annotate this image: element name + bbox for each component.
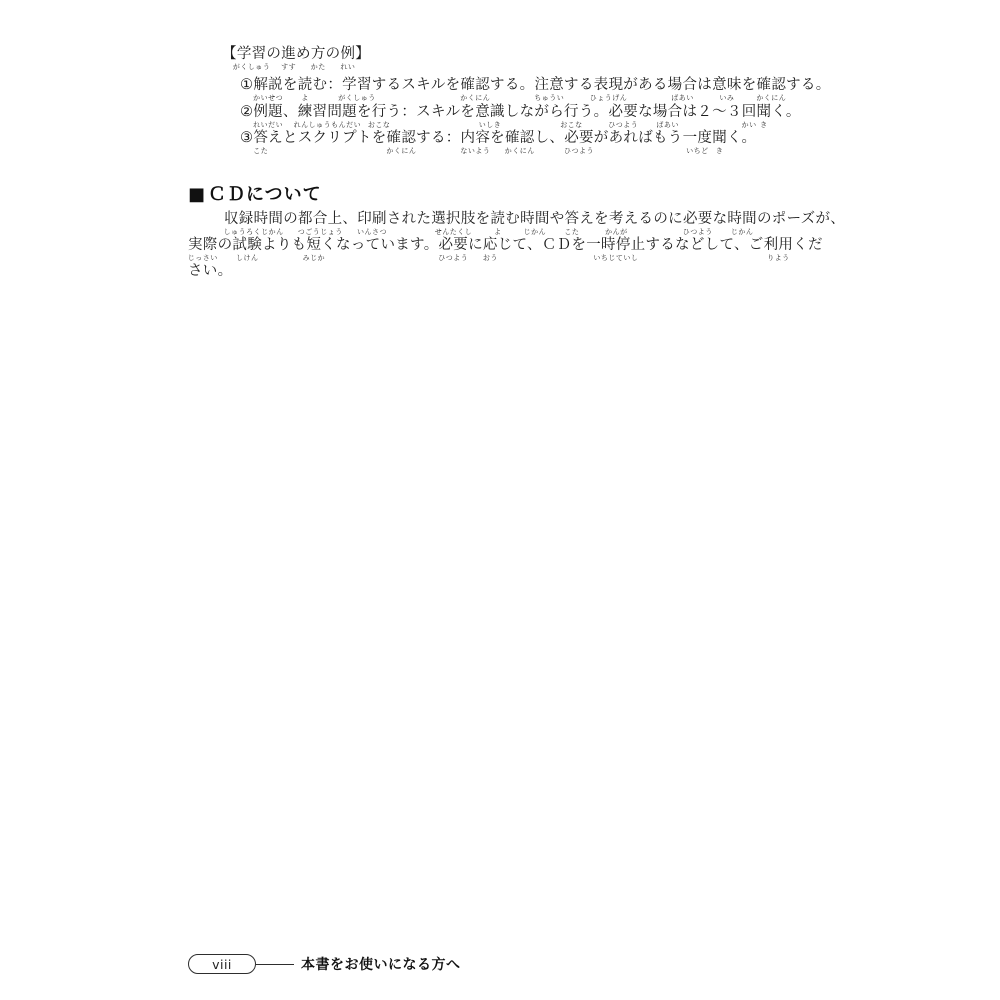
text-segment: ① — [240, 77, 253, 104]
text-segment: 必要ひつよう — [564, 130, 594, 157]
text-segment: 応おう — [483, 237, 498, 264]
furigana: りよう — [767, 254, 790, 263]
text-segment: 学習がくしゅう — [237, 46, 267, 73]
furigana: ひつよう — [438, 254, 468, 263]
text-segment: の — [283, 211, 298, 238]
text-segment: め — [296, 46, 311, 73]
text-segment: くだ — [793, 237, 823, 264]
text-segment: 必要ひつよう — [683, 211, 713, 238]
text-segment: を — [490, 130, 505, 157]
text-segment: がある — [623, 77, 667, 104]
text-segment: を — [476, 211, 491, 238]
text-segment: 場合ばあい — [668, 77, 698, 104]
cd-section-heading: ■ＣＤについて — [188, 180, 322, 206]
furigana: しゅうろくじかん — [224, 228, 284, 237]
text-segment: があればもう — [594, 130, 683, 157]
furigana: よ — [301, 94, 309, 103]
furigana: れい — [340, 63, 355, 72]
square-bullet-icon: ■ — [188, 184, 206, 205]
text-segment: 聞き — [757, 104, 772, 131]
text-segment: する。 — [786, 77, 830, 104]
text-segment: する。 — [490, 77, 534, 104]
text-segment: を — [742, 77, 757, 104]
text-segment: 例題れいだい — [253, 104, 283, 131]
text-segment: しながら — [505, 104, 564, 131]
furigana: き — [760, 121, 768, 130]
footer-section-label: 本書をお使いになる方へ — [301, 954, 461, 974]
furigana: しけん — [236, 254, 259, 263]
text-segment: 学習がくしゅう — [342, 77, 372, 104]
furigana: いしき — [479, 121, 502, 130]
furigana: こた — [564, 228, 579, 237]
text-segment: 選択肢せんたくし — [431, 211, 475, 238]
text-segment: く。 — [771, 104, 800, 131]
page-number-badge: viii — [188, 954, 256, 974]
text-segment: 一度いちど — [683, 130, 713, 157]
cd-paragraph-line-1: 収録時間しゅうろくじかんの都合上つごうじょう、印刷いんさつされた選択肢せんたくし… — [224, 211, 845, 238]
text-segment: は — [697, 77, 712, 104]
text-segment: 聞き — [712, 130, 727, 157]
furigana: き — [716, 147, 724, 156]
text-segment: 回かい — [742, 104, 757, 131]
text-segment: を — [283, 77, 298, 104]
cd-section-heading-text: ＣＤについて — [208, 184, 322, 205]
furigana: れいだい — [253, 121, 283, 130]
text-segment: く。 — [727, 130, 756, 157]
text-segment: や — [550, 211, 565, 238]
text-segment: 読よ — [490, 211, 505, 238]
furigana: かい — [742, 121, 757, 130]
text-segment: 試験しけん — [232, 237, 262, 264]
furigana: すす — [281, 63, 296, 72]
cd-paragraph-line-3: さい。 — [188, 263, 232, 290]
furigana: おう — [483, 254, 498, 263]
text-segment: は２～３ — [682, 104, 741, 131]
text-segment: 印刷いんさつ — [357, 211, 387, 238]
furigana: いちど — [686, 147, 709, 156]
text-segment: の — [266, 46, 281, 73]
text-segment: む — [505, 211, 520, 238]
furigana: こた — [253, 147, 268, 156]
text-segment: 収録時間しゅうろくじかん — [224, 211, 283, 238]
page-footer: viii 本書をお使いになる方へ — [188, 954, 461, 974]
furigana: ないよう — [460, 147, 490, 156]
text-segment: 行おこな — [372, 104, 387, 131]
text-segment: 】 — [355, 46, 370, 73]
text-segment: のポーズが、 — [757, 211, 845, 238]
text-segment: 進すす — [281, 46, 296, 73]
learning-step-1: ①解説かいせつを読よむ：学習がくしゅうするスキルを確認かくにんする。注意ちゅうい… — [240, 77, 831, 104]
learning-step-2: ②例題れいだい、練習問題れんしゅうもんだいを行おこなう：スキルを意識いしきしなが… — [240, 104, 801, 131]
text-segment: 確認かくにん — [757, 77, 787, 104]
furigana: かくにん — [386, 147, 416, 156]
furigana: いちじていし — [593, 254, 638, 263]
text-segment: 確認かくにん — [387, 130, 417, 157]
text-segment: の — [218, 237, 233, 264]
furigana: がくしゅう — [338, 94, 376, 103]
book-page: 【学習がくしゅうの進すすめ方かたの例れい】 ①解説かいせつを読よむ：学習がくしゅ… — [0, 0, 1000, 1000]
text-segment: 時間じかん — [727, 211, 757, 238]
text-segment: し、 — [535, 130, 565, 157]
text-segment: の — [326, 46, 341, 73]
footer-connector-line — [256, 964, 294, 965]
furigana: がくしゅう — [233, 63, 271, 72]
furigana: つごうじょう — [298, 228, 343, 237]
furigana: じかん — [524, 228, 547, 237]
learning-section-title: 【学習がくしゅうの進すすめ方かたの例れい】 — [222, 46, 370, 73]
furigana: ひつよう — [564, 147, 594, 156]
text-segment: するなどして、ご — [645, 237, 763, 264]
furigana: ばあい — [656, 121, 679, 130]
text-segment: 時間じかん — [520, 211, 550, 238]
text-segment: 確認かくにん — [505, 130, 535, 157]
text-segment: う：スキルを — [387, 104, 476, 131]
text-segment: 内容ないよう — [461, 130, 491, 157]
text-segment: くなっています。 — [321, 237, 438, 264]
furigana: ちゅうい — [534, 94, 564, 103]
text-segment: する： — [416, 130, 460, 157]
text-segment: な — [713, 211, 728, 238]
text-segment: 行おこな — [564, 104, 579, 131]
text-segment: えとスクリプトを — [268, 130, 386, 157]
text-segment: 場合ばあい — [653, 104, 683, 131]
text-segment: 答こた — [565, 211, 580, 238]
text-segment: う。 — [579, 104, 609, 131]
furigana: かた — [311, 63, 326, 72]
text-segment: 解説かいせつ — [253, 77, 283, 104]
text-segment: 読よ — [298, 77, 313, 104]
furigana: いみ — [719, 94, 734, 103]
text-segment: 方かた — [311, 46, 326, 73]
text-segment: よりも — [262, 237, 306, 264]
text-segment: 表現ひょうげん — [594, 77, 624, 104]
furigana: じっさい — [188, 254, 218, 263]
furigana: ひつよう — [683, 228, 713, 237]
furigana: かいせつ — [253, 94, 283, 103]
text-segment: ③ — [240, 130, 253, 157]
text-segment: するスキルを — [372, 77, 461, 104]
furigana: れんしゅうもんだい — [294, 121, 362, 130]
text-segment: された — [387, 211, 431, 238]
text-segment: 意識いしき — [475, 104, 505, 131]
text-segment: じて、ＣＤを — [498, 237, 587, 264]
furigana: じかん — [731, 228, 754, 237]
text-segment: 確認かくにん — [460, 77, 490, 104]
text-segment: 実際じっさい — [188, 237, 218, 264]
furigana: よ — [494, 228, 502, 237]
text-segment: 考かんが — [609, 211, 624, 238]
furigana: かくにん — [756, 94, 786, 103]
text-segment: に — [468, 237, 483, 264]
furigana: ひつよう — [608, 121, 638, 130]
furigana: かくにん — [505, 147, 535, 156]
text-segment: 短みじか — [306, 237, 321, 264]
text-segment: 必要ひつよう — [439, 237, 469, 264]
text-segment: さい。 — [188, 263, 232, 290]
text-segment: 注意ちゅうい — [534, 77, 564, 104]
text-segment: ② — [240, 104, 253, 131]
text-segment: 利用りよう — [764, 237, 794, 264]
text-segment: 答こた — [253, 130, 268, 157]
text-segment: 都合上つごうじょう — [298, 211, 342, 238]
text-segment: な — [638, 104, 653, 131]
text-segment: 意味いみ — [712, 77, 742, 104]
cd-paragraph-line-2: 実際じっさいの試験しけんよりも短みじかくなっています。必要ひつように応おうじて、… — [188, 237, 823, 264]
furigana: せんたくし — [435, 228, 473, 237]
furigana: いんさつ — [357, 228, 387, 237]
text-segment: 一時停止いちじていし — [586, 237, 645, 264]
learning-step-3: ③答こたえとスクリプトを確認かくにんする：内容ないようを確認かくにんし、必要ひつ… — [240, 130, 756, 157]
furigana: かくにん — [460, 94, 490, 103]
text-segment: 例れい — [340, 46, 355, 73]
text-segment: 、 — [342, 211, 357, 238]
text-segment: 練習問題れんしゅうもんだい — [298, 104, 357, 131]
text-segment: 必要ひつよう — [608, 104, 638, 131]
furigana: ばあい — [671, 94, 694, 103]
text-segment: えるのに — [624, 211, 683, 238]
furigana: ひょうげん — [590, 94, 628, 103]
